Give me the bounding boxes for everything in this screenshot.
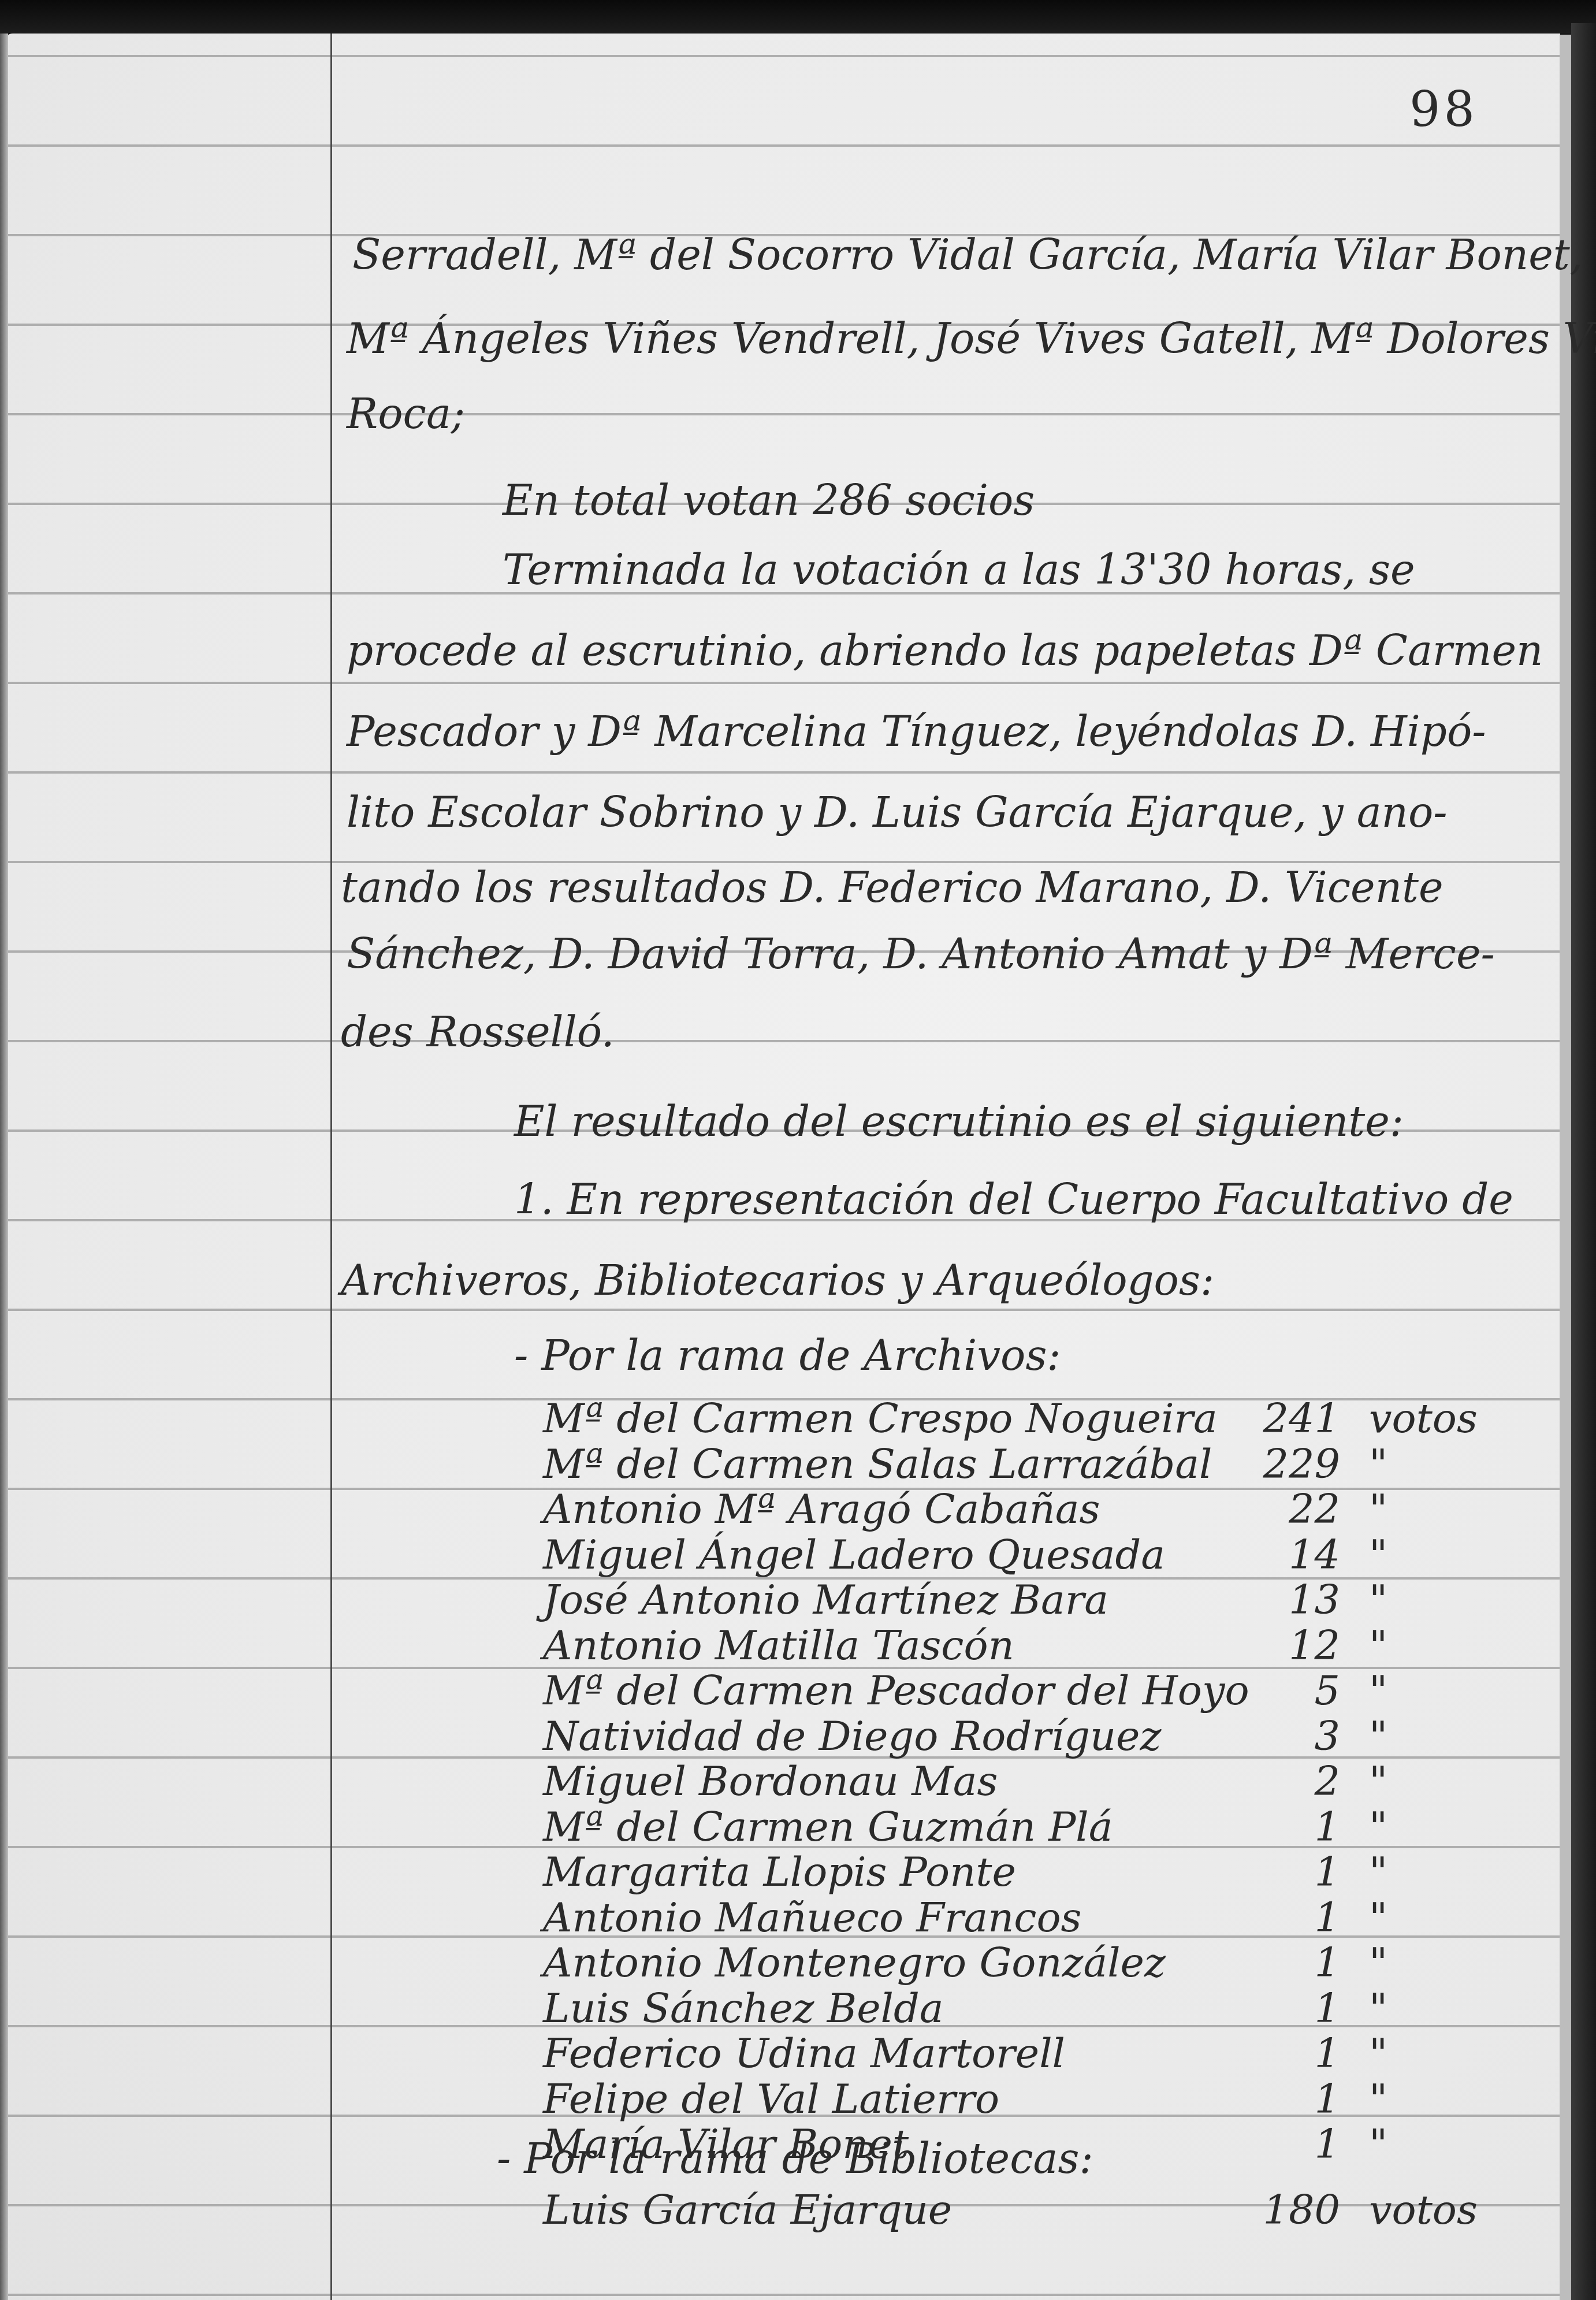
text-line: Terminada la votación a las 13'30 horas,… xyxy=(503,549,1415,590)
vote-count: 1 xyxy=(1201,1897,1340,1938)
text-line: Roca; xyxy=(347,393,465,434)
text-line: En total votan 286 socios xyxy=(503,480,1035,521)
vote-unit: " xyxy=(1369,1942,1387,1983)
ruled-line xyxy=(8,682,1560,684)
text-line: Pescador y Dª Marcelina Tínguez, leyéndo… xyxy=(347,711,1486,752)
vote-unit: votos xyxy=(1369,2190,1478,2230)
vote-unit: " xyxy=(1369,1534,1387,1575)
vote-count: 22 xyxy=(1201,1489,1340,1529)
candidate-name: Mª del Carmen Salas Larrazábal xyxy=(543,1444,1212,1484)
candidate-name: Mª del Carmen Crespo Nogueira xyxy=(543,1398,1218,1439)
text-line: 1. En representación del Cuerpo Facultat… xyxy=(514,1179,1513,1220)
candidate-name: Miguel Ángel Ladero Quesada xyxy=(543,1534,1165,1575)
vote-count: 1 xyxy=(1201,1807,1340,1847)
vote-unit: " xyxy=(1369,1580,1387,1620)
vote-count: 1 xyxy=(1201,2033,1340,2074)
page-edge-right xyxy=(1560,35,1571,2300)
ruled-line xyxy=(8,55,1560,57)
text-line: Mª Ángeles Viñes Vendrell, José Vives Ga… xyxy=(347,318,1596,359)
text-line: Sánchez, D. David Torra, D. Antonio Amat… xyxy=(347,933,1495,975)
text-line: des Rosselló. xyxy=(341,1011,615,1053)
vote-unit: " xyxy=(1369,1988,1387,2028)
ruled-line xyxy=(8,1040,1560,1042)
text-line: tando los resultados D. Federico Marano,… xyxy=(341,867,1444,908)
candidate-name: Antonio Montenegro González xyxy=(543,1942,1166,1983)
ruled-line xyxy=(8,144,1560,147)
page-number: 98 xyxy=(1409,81,1478,138)
vote-count: 1 xyxy=(1201,2079,1340,2119)
candidate-name: Natividad de Diego Rodríguez xyxy=(543,1716,1161,1756)
vote-count: 2 xyxy=(1201,1761,1340,1801)
vote-unit: " xyxy=(1369,2124,1387,2164)
vote-count: 5 xyxy=(1201,1670,1340,1711)
text-line: Archiveros, Bibliotecarios y Arqueólogos… xyxy=(341,1259,1214,1301)
vote-count: 180 xyxy=(1201,2190,1340,2230)
ruled-line xyxy=(8,413,1560,415)
ruled-line xyxy=(8,1309,1560,1311)
candidate-name: Luis Sánchez Belda xyxy=(543,1988,944,2028)
vote-count: 14 xyxy=(1201,1534,1340,1575)
candidate-name: Felipe del Val Latierro xyxy=(543,2079,999,2119)
page-binding xyxy=(0,34,8,2300)
candidate-name: José Antonio Martínez Bara xyxy=(543,1580,1108,1620)
vote-count: 1 xyxy=(1201,1852,1340,1892)
vote-count: 1 xyxy=(1201,2124,1340,2164)
candidate-name: Luis García Ejarque xyxy=(543,2190,952,2230)
vote-unit: " xyxy=(1369,1489,1387,1529)
text-line: Serradell, Mª del Socorro Vidal García, … xyxy=(352,234,1583,276)
vote-count: 241 xyxy=(1201,1398,1340,1439)
vote-unit: " xyxy=(1369,1852,1387,1892)
book-cover-right xyxy=(1571,23,1596,2300)
vote-unit: votos xyxy=(1369,1398,1478,1439)
candidate-name: Antonio Mañueco Francos xyxy=(543,1897,1082,1938)
vote-count: 1 xyxy=(1201,1988,1340,2028)
candidate-name: Antonio Mª Aragó Cabañas xyxy=(543,1489,1100,1529)
bibliotecas-heading: - Por la rama de Bibliotecas: xyxy=(497,2138,1093,2179)
ruled-line xyxy=(8,771,1560,774)
vote-unit: " xyxy=(1369,1807,1387,1847)
vote-count: 1 xyxy=(1201,1942,1340,1983)
vote-count: 13 xyxy=(1201,1580,1340,1620)
book-top-edge xyxy=(0,0,1596,34)
vote-unit: " xyxy=(1369,1625,1387,1666)
text-line: procede al escrutinio, abriendo las pape… xyxy=(347,630,1543,671)
candidate-name: Miguel Bordonau Mas xyxy=(543,1761,998,1801)
candidate-name: Antonio Matilla Tascón xyxy=(543,1625,1014,1666)
vote-count: 12 xyxy=(1201,1625,1340,1666)
vote-unit: " xyxy=(1369,1670,1387,1711)
candidate-name: Mª del Carmen Pescador del Hoyo xyxy=(543,1670,1249,1711)
vote-unit: " xyxy=(1369,1761,1387,1801)
vote-unit: " xyxy=(1369,1897,1387,1938)
candidate-name: Margarita Llopis Ponte xyxy=(543,1852,1016,1892)
text-line: El resultado del escrutinio es el siguie… xyxy=(514,1101,1404,1142)
candidate-name: Mª del Carmen Guzmán Plá xyxy=(543,1807,1113,1847)
vote-unit: " xyxy=(1369,1716,1387,1756)
vote-unit: " xyxy=(1369,2079,1387,2119)
vote-count: 229 xyxy=(1201,1444,1340,1484)
candidate-name: Federico Udina Martorell xyxy=(543,2033,1065,2074)
vote-unit: " xyxy=(1369,2033,1387,2074)
ruled-line xyxy=(8,2294,1560,2296)
text-line: lito Escolar Sobrino y D. Luis García Ej… xyxy=(347,792,1448,833)
margin-line xyxy=(330,34,332,2300)
text-line: - Por la rama de Archivos: xyxy=(514,1335,1061,1376)
vote-unit: " xyxy=(1369,1444,1387,1484)
vote-count: 3 xyxy=(1201,1716,1340,1756)
